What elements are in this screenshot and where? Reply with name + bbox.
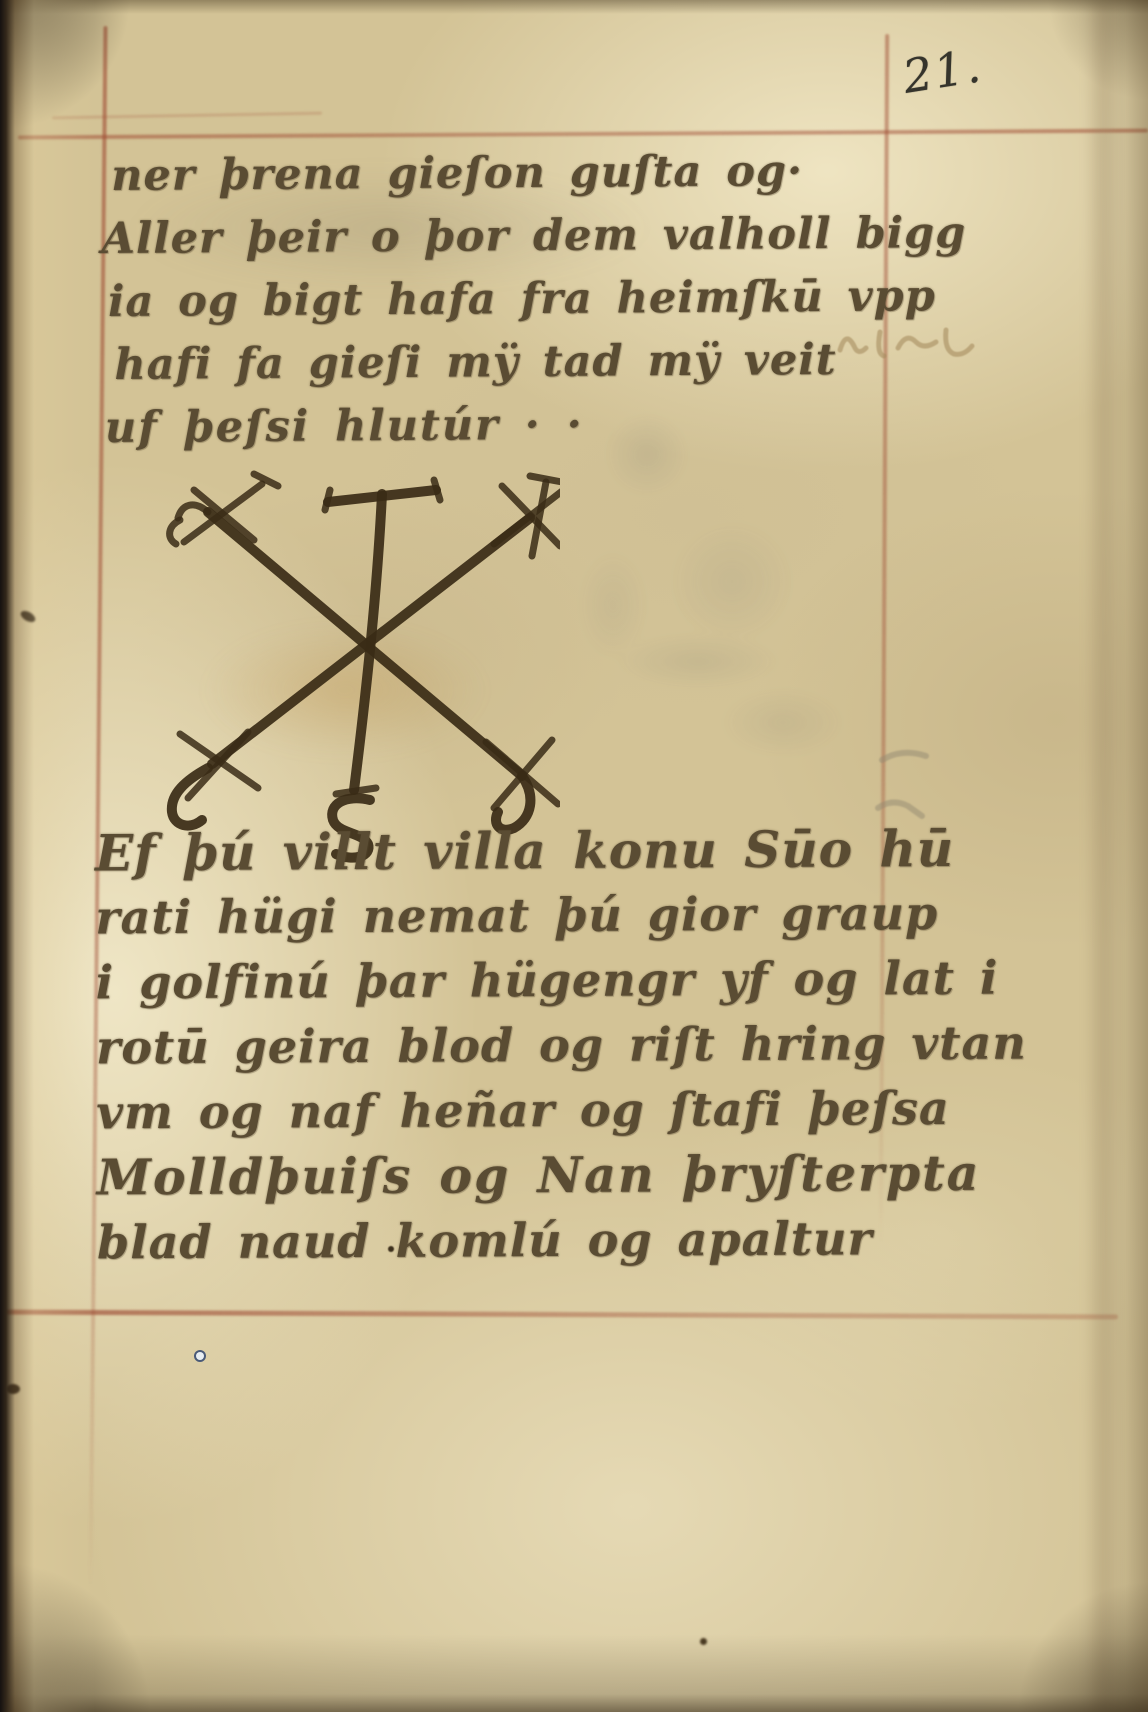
- text-line: i golfinú þar hügengr yf og lat i: [95, 946, 1026, 1016]
- magical-stave-symbol: [150, 434, 560, 864]
- dark-speck: [388, 1246, 394, 1252]
- dust-speck: [196, 1352, 204, 1360]
- text-line: ner þrena gieſon guſta og·: [111, 139, 966, 208]
- dark-blemish: [6, 1384, 20, 1394]
- text-line: ia og bigt hafa fra heimſkū vpp: [108, 265, 967, 334]
- dark-speck: [700, 1638, 707, 1645]
- upper-text-block: ner þrena gieſon guſta og· Aller þeir o …: [111, 139, 968, 460]
- manuscript-photo: 21. ner þrena gieſon guſta og· Aller þei…: [0, 0, 1148, 1712]
- text-line: vm og naf heñar og ſtafi þeſsa: [96, 1076, 1027, 1146]
- parchment-crease: [1086, 0, 1120, 1712]
- lower-text-block: Ef þú villt villa konu Sūo hū rati hügi …: [95, 816, 1028, 1276]
- text-line: Molldþuiſs og Nan þryſterpta: [97, 1141, 1028, 1211]
- text-line: hafi fa gieſi mÿ tad mÿ veit: [114, 328, 967, 397]
- text-line: Ef þú villt villa konu Sūo hū: [95, 816, 1026, 886]
- text-line: rotū geira blod og riſt hring vtan: [96, 1011, 1027, 1081]
- text-line: blad naud komlú og apaltur: [97, 1206, 1028, 1276]
- text-line: Aller þeir o þor dem valholl bigg: [101, 202, 966, 271]
- text-line: rati hügi nemat þú gior graup: [95, 881, 1026, 951]
